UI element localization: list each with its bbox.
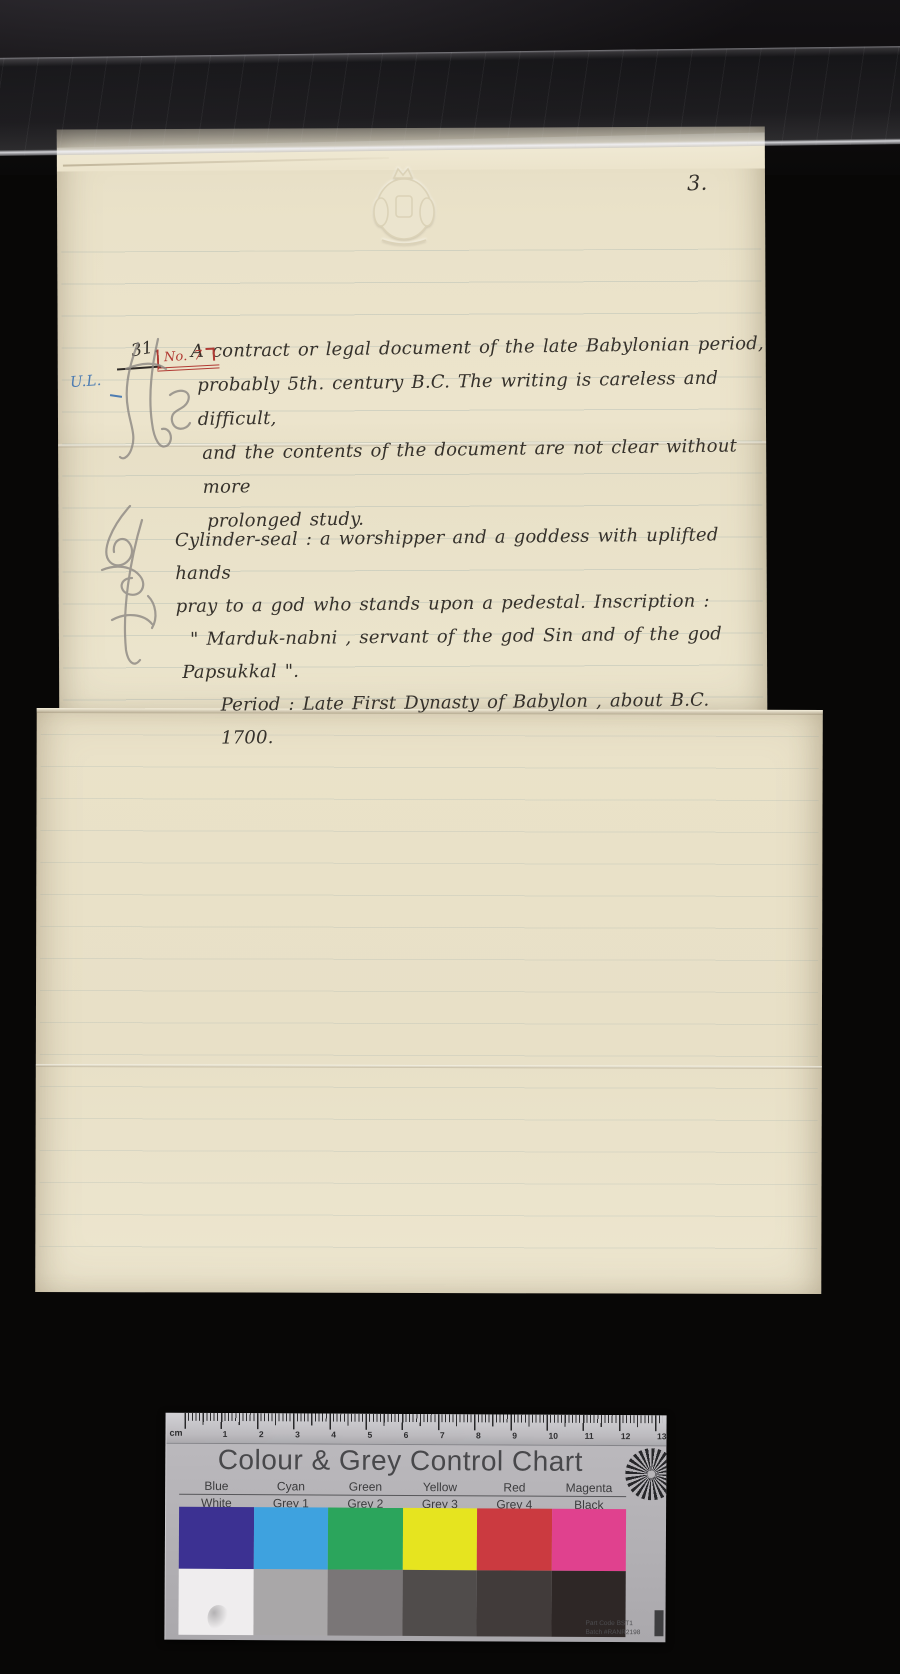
color-patch-yellow (402, 1508, 477, 1570)
blue-initials: U.L. (69, 371, 102, 391)
chart-meta: Part Code BST1 Batch #RANR2198 (585, 1619, 651, 1637)
chart-title: Colour & Grey Control Chart (174, 1444, 626, 1478)
handwritten-line: and the contents of the document are not… (202, 429, 773, 505)
ruler-number: 11 (585, 1431, 594, 1441)
batch-number: Batch #RANR2198 (585, 1628, 651, 1637)
handwritten-line: probably 5th. century B.C. The writing i… (197, 361, 772, 437)
grey-patch-row (178, 1569, 625, 1637)
ruler-number: 6 (404, 1430, 409, 1440)
color-label: Magenta (552, 1481, 627, 1495)
shadow-mark (207, 1605, 229, 1631)
handwritten-line: Cylinder-seal : a worshipper and a godde… (175, 518, 766, 590)
pencil-scribble (100, 335, 212, 473)
color-label: Cyan (254, 1479, 329, 1493)
pencil-scribble (82, 500, 188, 678)
ruler-number: 4 (331, 1430, 336, 1440)
part-code: Part Code BST1 (585, 1619, 651, 1628)
ruler-number: 8 (476, 1430, 481, 1440)
ruler-ticks-cm (185, 1413, 664, 1432)
colour-control-chart: cm 12345678910111213 Colour & Grey Contr… (164, 1413, 666, 1643)
maker-logo (654, 1610, 663, 1636)
embossed-crest (360, 154, 448, 254)
color-patch-red (477, 1508, 552, 1570)
ruler: cm 12345678910111213 (166, 1413, 666, 1447)
perspex-strip (0, 46, 900, 156)
grey-patch-grey-4 (476, 1570, 551, 1636)
paragraph-cylinder-seal: Cylinder-seal : a worshipper and a godde… (175, 518, 767, 755)
color-patch-magenta (551, 1509, 626, 1571)
handwritten-line: Period : Late First Dynasty of Babylon ,… (221, 683, 768, 755)
ruler-number: 7 (440, 1430, 445, 1440)
ruled-lines (39, 734, 818, 1252)
color-label-row: BlueCyanGreenYellowRedMagenta (179, 1479, 626, 1495)
photograph: 3. A contract or legal document of the l… (0, 0, 900, 1674)
grey-patch-grey-3 (402, 1570, 477, 1636)
ruler-number: 3 (295, 1429, 300, 1439)
handwritten-line: " Marduk-nabni , servant of the god Sin … (190, 617, 766, 656)
color-patch-cyan (253, 1507, 328, 1569)
page-number: 3. (687, 171, 708, 196)
color-label: Yellow (403, 1480, 478, 1494)
ruler-number: 9 (512, 1431, 517, 1441)
starburst-icon (625, 1448, 666, 1500)
ruler-number: 10 (548, 1431, 558, 1441)
color-patch-green (328, 1508, 403, 1570)
grey-patch-grey-2 (327, 1570, 402, 1636)
ruler-number: 5 (367, 1430, 372, 1440)
color-label: Green (328, 1480, 403, 1494)
ruler-number: 1 (223, 1429, 228, 1439)
color-patch-blue (179, 1507, 254, 1569)
document-page-lower (35, 708, 823, 1294)
ruler-unit-label: cm (169, 1428, 182, 1438)
color-patch-row (179, 1507, 626, 1571)
color-label: Blue (179, 1479, 254, 1493)
ruler-number: 2 (259, 1429, 264, 1439)
ruler-number: 12 (621, 1431, 631, 1441)
ruler-number: 13 (657, 1431, 667, 1441)
color-label: Red (477, 1480, 552, 1494)
grey-patch-grey-1 (253, 1569, 328, 1635)
paragraph-contract: A contract or legal document of the late… (191, 327, 774, 539)
